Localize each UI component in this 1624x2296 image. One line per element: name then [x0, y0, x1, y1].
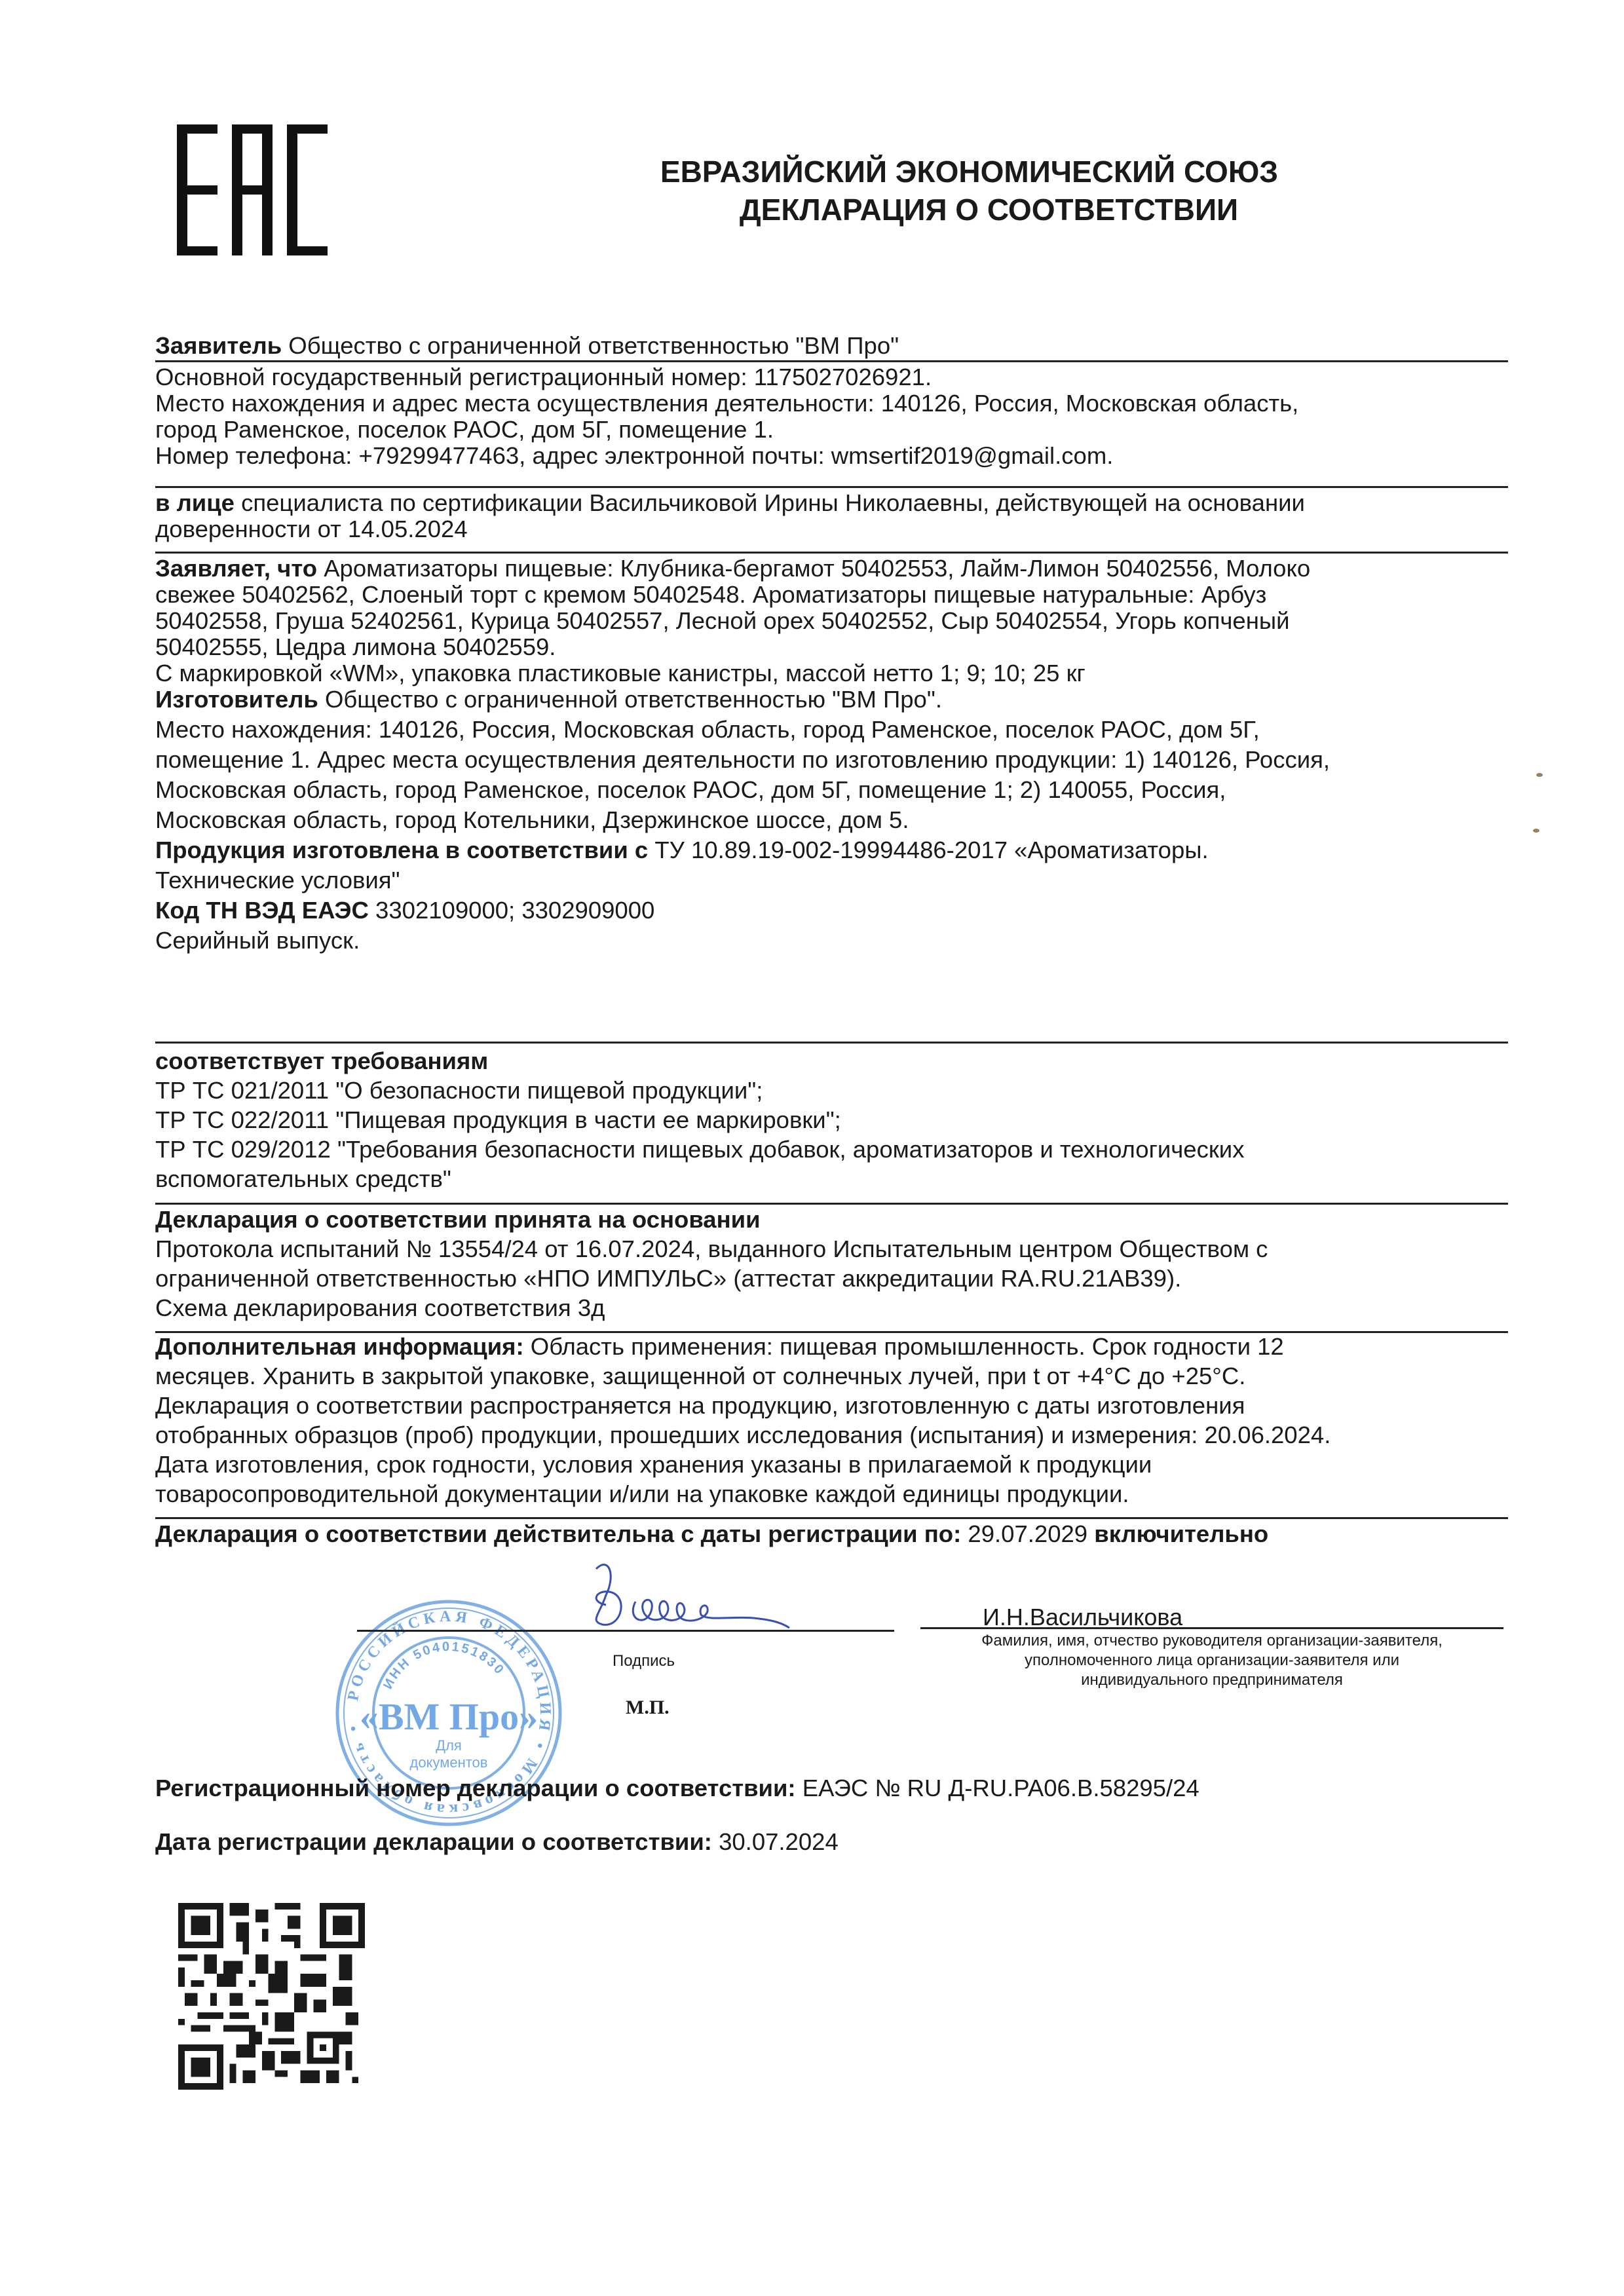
test-protocol: Протокола испытаний № 13554/24 от 16.07.… — [155, 1236, 1508, 1262]
applicant-name: Общество с ограниченной ответственностью… — [288, 332, 899, 359]
applicant-details: Основной государственный регистрационный… — [155, 364, 1508, 469]
registration-date: Дата регистрации декларации о соответств… — [155, 1829, 1508, 1855]
applicant-address-2: город Раменское, поселок РАОС, дом 5Г, п… — [155, 417, 1508, 443]
basis-section: Декларация о соответствии принята на осн… — [155, 1207, 1508, 1321]
divider — [155, 1042, 1508, 1044]
svg-text:Для: Для — [436, 1737, 462, 1754]
regulation: ТР ТС 022/2011 "Пищевая продукция в част… — [155, 1107, 1508, 1133]
signer-caption-line: уполномоченного лица организации-заявите… — [920, 1651, 1503, 1670]
regulation: ТР ТС 021/2011 "О безопасности пищевой п… — [155, 1078, 1508, 1104]
regulation: вспомогательных средств" — [155, 1166, 1508, 1192]
production-label: Продукция изготовлена в соответствии с — [155, 837, 648, 863]
divider — [155, 1203, 1508, 1205]
manufacturer-name: Общество с ограниченной ответственностью… — [325, 686, 942, 713]
qr-code[interactable] — [178, 1903, 365, 2090]
manufacturer-address: Место нахождения: 140126, Россия, Москов… — [155, 717, 1508, 743]
signer-caption-line: индивидуального предпринимателя — [920, 1670, 1503, 1690]
applicant-section: Заявитель Общество с ограниченной ответс… — [155, 333, 1508, 359]
scan-artifact — [1536, 773, 1543, 777]
product-line: 50402558, Груша 52402561, Курица 5040255… — [155, 608, 1508, 634]
product-line: свежее 50402562, Слоеный торт с кремом 5… — [155, 582, 1508, 608]
packaging-info: С маркировкой «WM», упаковка пластиковые… — [155, 660, 1508, 687]
seal-caption: М.П. — [626, 1697, 670, 1719]
union-title: ЕВРАЗИЙСКИЙ ЭКОНОМИЧЕСКИЙ СОЮЗ — [157, 153, 1624, 191]
svg-text:документов: документов — [410, 1754, 488, 1771]
registration-number-value: ЕАЭС № RU Д-RU.PA06.B.58295/24 — [803, 1775, 1199, 1801]
requirements-section: соответствует требованиям ТР ТС 021/2011… — [155, 1048, 1508, 1192]
declaration-scheme: Схема декларирования соответствия 3д — [155, 1295, 1508, 1321]
declares-label: Заявляет, что — [155, 555, 317, 582]
scan-artifact — [1533, 829, 1539, 833]
tn-ved-label: Код ТН ВЭД ЕАЭС — [155, 897, 369, 924]
product-line: Ароматизаторы пищевые: Клубника-бергамот… — [324, 555, 1310, 582]
signer-caption-line: Фамилия, имя, отчество руководителя орга… — [920, 1631, 1503, 1651]
registration-number-label: Регистрационный номер декларации о соотв… — [155, 1775, 796, 1801]
additional-text: Декларация о соответствии распространяет… — [155, 1393, 1508, 1419]
document-title: ДЕКЛАРАЦИЯ О СООТВЕТСТВИИ — [177, 191, 1624, 229]
divider — [155, 1517, 1508, 1519]
basis-label: Декларация о соответствии принята на осн… — [155, 1206, 761, 1233]
tn-ved-codes: 3302109000; 3302909000 — [375, 897, 654, 924]
test-protocol: ограниченной ответственностью «НПО ИМПУЛ… — [155, 1266, 1508, 1292]
divider — [155, 552, 1508, 554]
validity-date: 29.07.2029 — [968, 1520, 1087, 1547]
additional-text: отобранных образцов (проб) продукции, пр… — [155, 1422, 1508, 1448]
signer-caption: Фамилия, имя, отчество руководителя орга… — [920, 1631, 1503, 1690]
additional-text: Дата изготовления, срок годности, услови… — [155, 1452, 1508, 1478]
representative-label: в лице — [155, 489, 235, 516]
applicant-contacts: Номер телефона: +79299477463, адрес элек… — [155, 443, 1508, 469]
divider — [155, 486, 1508, 488]
additional-text: Область применения: пищевая промышленнос… — [531, 1333, 1284, 1360]
signature-icon — [570, 1556, 806, 1634]
additional-text: товаросопроводительной документации и/ил… — [155, 1481, 1508, 1507]
signer-line — [920, 1627, 1503, 1629]
production-standard-cont: Технические условия" — [155, 867, 1508, 894]
validity-section: Декларация о соответствии действительна … — [155, 1521, 1508, 1547]
manufacturer-address: Московская область, город Раменское, пос… — [155, 777, 1508, 803]
requirements-label: соответствует требованиям — [155, 1047, 488, 1074]
divider — [155, 360, 1508, 362]
signature-caption: Подпись — [613, 1652, 675, 1670]
signature-line — [357, 1630, 894, 1632]
validity-suffix: включительно — [1094, 1520, 1268, 1547]
additional-section: Дополнительная информация: Область приме… — [155, 1334, 1508, 1507]
applicant-label: Заявитель — [155, 332, 282, 359]
handwritten-signature — [570, 1556, 806, 1634]
product-line: 50402555, Цедра лимона 50402559. — [155, 634, 1508, 660]
registration-number: Регистрационный номер декларации о соотв… — [155, 1775, 1508, 1801]
declares-section: Заявляет, что Ароматизаторы пищевые: Клу… — [155, 555, 1508, 954]
qr-code-icon — [178, 1903, 365, 2090]
manufacturer-address: помещение 1. Адрес места осуществления д… — [155, 747, 1508, 773]
representative-text: специалиста по сертификации Васильчиково… — [241, 489, 1305, 516]
svg-text:ИНН 5040151830: ИНН 5040151830 — [381, 1640, 508, 1691]
ogrn: Основной государственный регистрационный… — [155, 364, 1508, 390]
registration-date-label: Дата регистрации декларации о соответств… — [155, 1828, 712, 1855]
registration-date-value: 30.07.2024 — [719, 1828, 839, 1855]
representative-section: в лице специалиста по сертификации Васил… — [155, 490, 1508, 542]
production-standard: ТУ 10.89.19-002-19994486-2017 «Ароматиза… — [654, 837, 1208, 863]
applicant-address-1: Место нахождения и адрес места осуществл… — [155, 390, 1508, 417]
validity-label: Декларация о соответствии действительна … — [155, 1520, 961, 1547]
additional-label: Дополнительная информация: — [155, 1333, 524, 1360]
regulation: ТР ТС 029/2012 "Требования безопасности … — [155, 1137, 1508, 1163]
additional-text: месяцев. Хранить в закрытой упаковке, за… — [155, 1363, 1508, 1389]
manufacturer-label: Изготовитель — [155, 686, 318, 713]
manufacturer-address: Московская область, город Котельники, Дз… — [155, 807, 1508, 833]
release-type: Серийный выпуск. — [155, 928, 1508, 954]
svg-text:«ВМ Про»: «ВМ Про» — [360, 1695, 538, 1738]
power-of-attorney: доверенности от 14.05.2024 — [155, 516, 1508, 542]
